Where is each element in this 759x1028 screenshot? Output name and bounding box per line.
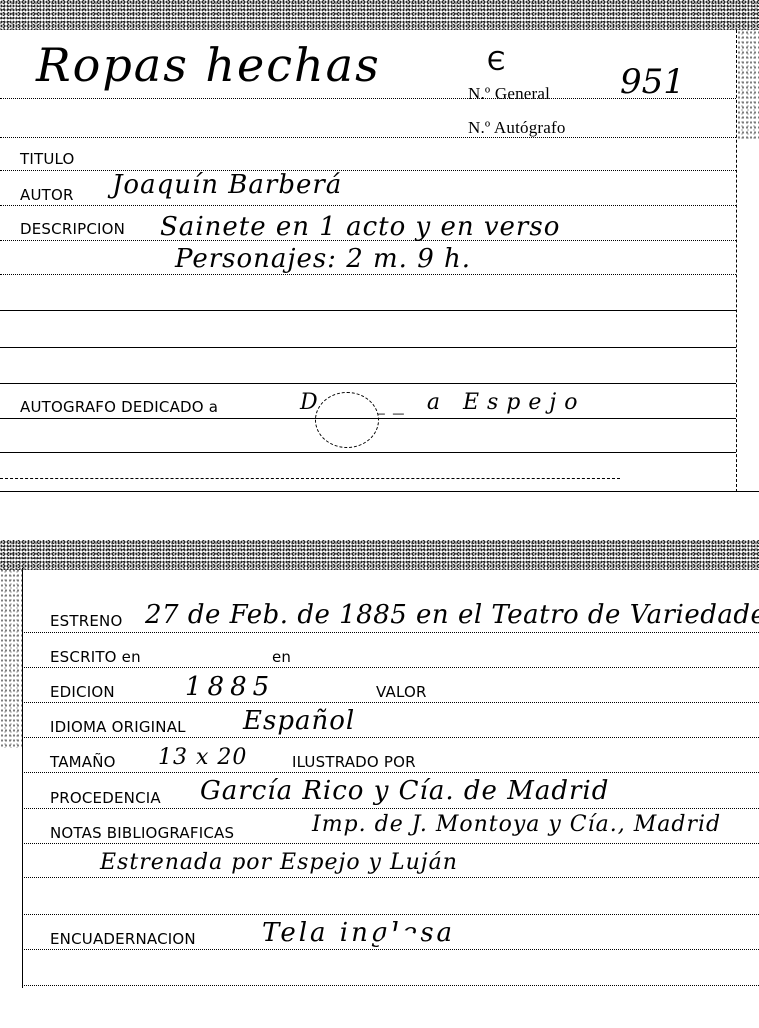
rule: [22, 632, 759, 633]
escrito-label: ESCRITO en: [50, 648, 141, 666]
numero-autografo-label: N.º Autógrafo: [468, 118, 566, 138]
rule: [22, 737, 759, 738]
rule: [0, 452, 736, 453]
redacted-area: [315, 392, 379, 448]
idioma-original-label: IDIOMA ORIGINAL: [50, 718, 186, 736]
estreno-value: 27 de Feb. de 1885 en el Teatro de Varie…: [145, 600, 759, 630]
notas-bibliograficas-value-line1: Imp. de J. Montoya y Cía., Madrid: [312, 812, 721, 837]
autor-value: Joaquín Barberá: [112, 170, 342, 200]
rule: [22, 914, 759, 915]
encuadernacion-label: ENCUADERNACION: [50, 930, 196, 948]
rule: [22, 985, 759, 986]
rule: [22, 667, 759, 668]
descripcion-value-line1: Sainete en 1 acto y en verso: [160, 212, 560, 242]
valor-label: VALOR: [376, 683, 427, 701]
scan-border-top: [0, 0, 759, 30]
rule: [22, 843, 759, 844]
notas-bibliograficas-value-line2: Estrenada por Espejo y Luján: [100, 850, 458, 875]
rule: [0, 418, 736, 419]
rule: [0, 274, 736, 275]
estreno-label: ESTRENO: [50, 612, 123, 630]
rule: [0, 347, 736, 348]
descripcion-label: DESCRIPCION: [20, 220, 125, 238]
titulo-label: TITULO: [20, 150, 75, 168]
autor-label: AUTOR: [20, 186, 74, 204]
rule: [22, 702, 759, 703]
rule: [0, 383, 736, 384]
rule: [0, 137, 736, 138]
autografo-dedicado-label: AUTOGRAFO DEDICADO a: [20, 398, 218, 416]
work-title: Ropas hechas: [36, 38, 381, 92]
scan-border-top-2: [0, 540, 759, 570]
procedencia-label: PROCEDENCIA: [50, 789, 161, 807]
rule: [0, 205, 736, 206]
notas-bibliograficas-label: NOTAS BIBLIOGRAFICAS: [50, 824, 234, 842]
idioma-original-value: Español: [243, 706, 355, 736]
rule: [0, 170, 736, 171]
scan-border-right: [737, 30, 759, 140]
encuadernacion-value: Tela inglesa: [262, 918, 455, 948]
procedencia-value: García Rico y Cía. de Madrid: [200, 776, 609, 806]
rule: [22, 877, 759, 878]
descripcion-value-line2: Personajes: 2 m. 9 h.: [175, 244, 471, 274]
scan-border-left: [0, 568, 22, 748]
rule: [22, 949, 759, 950]
ilustrado-por-label: ILUSTRADO POR: [292, 753, 416, 771]
tamano-label: TAMAÑO: [50, 753, 116, 771]
rule: [22, 772, 759, 773]
redacted-area: [378, 930, 425, 972]
card-edge: [0, 491, 759, 492]
tamano-value: 13 x 20: [158, 745, 247, 770]
rule: [0, 310, 736, 311]
rule: [0, 240, 736, 241]
rule: [0, 478, 620, 479]
numero-general-label: N.º General: [468, 84, 550, 104]
escrito-label-2: en: [272, 648, 291, 666]
catalog-mark: Є: [487, 47, 505, 77]
numero-general-value: 951: [620, 62, 685, 102]
rule: [22, 808, 759, 809]
edicion-value: 1885: [185, 672, 275, 702]
edicion-label: EDICION: [50, 683, 115, 701]
